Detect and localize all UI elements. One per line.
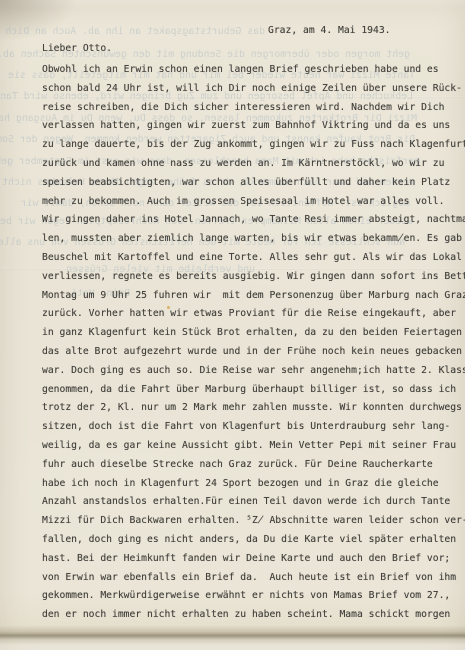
- letter-line: Mizzi für Dich Backwaren erhalten. ⁵Z̸ A…: [42, 512, 465, 531]
- letter-line: Anzahl anstandslos erhalten.Für einen Te…: [42, 493, 465, 512]
- letter-line: in ganz Klagenfurt kein Stück Brot erhal…: [42, 324, 465, 343]
- letter-line: zurück und kamen ohne nass zu werden an.…: [42, 155, 465, 174]
- letter-line: Obwohl ich an Erwin schon einen langen B…: [42, 61, 465, 80]
- letter-line: war. Doch ging es auch so. Die Reise war…: [42, 362, 465, 381]
- letter-line: Wir gingen daher ins Hotel Jannach, wo T…: [42, 211, 465, 230]
- letter-line: Montag um 9 Uhr 25 fuhren wir mit dem Pe…: [42, 287, 465, 306]
- letter-line: schon bald 24 Uhr ist, will ich Dir noch…: [42, 80, 465, 99]
- letter-line: von Erwin war ebenfalls ein Brief da. Au…: [42, 569, 465, 588]
- letter-line: das alte Brot aufgezehrt wurde und in de…: [42, 343, 465, 362]
- letter-line: weilig, da es gar keine Aussicht gibt. M…: [42, 437, 465, 456]
- letter-line: habe ich noch in Klagenfurt 24 Sport bez…: [42, 475, 465, 494]
- letter-line: gekommen. Merkwürdigerweise erwähnt er n…: [42, 587, 465, 606]
- letter-line: trotz der 2, Kl. nur um 2 Mark mehr zahl…: [42, 399, 465, 418]
- letter-line: genommen, da die Fahrt über Marburg über…: [42, 381, 465, 400]
- letter-sheet: das Geburtstagspaket an ihn ab. Auch an …: [0, 0, 465, 650]
- letter-line: mehr zu bekommen. Auch im grossen Speise…: [42, 193, 465, 212]
- bleedthrough-line: das Geburtstagspaket an ihn ab. Auch an …: [5, 26, 265, 37]
- letter-line: zu lange dauerte, bis der Zug ankommt, g…: [42, 136, 465, 155]
- letter-line: reise schreiben, die Dich sicher interes…: [42, 99, 465, 118]
- letter-line: Beuschel mit Kartoffel und eine Torte. A…: [42, 249, 465, 268]
- letter-line: zurück. Vorher hatten wir etwas Proviant…: [42, 305, 465, 324]
- letter-line: fallen, doch ging es nicht anders, da Du…: [42, 531, 465, 550]
- letter-line: speisen beabsichtigten, war schon alles …: [42, 174, 465, 193]
- salutation: Lieber Otto.: [42, 43, 112, 54]
- letter-body: Obwohl ich an Erwin schon einen langen B…: [42, 61, 465, 625]
- letter-line: verlassen hatten, gingen wir zuerst zum …: [42, 117, 465, 136]
- letter-line: sitzen, doch ist die Fahrt von Klagenfur…: [42, 418, 465, 437]
- letter-line: verliessen, regnete es bereits ausgiebig…: [42, 268, 465, 287]
- dateline: Graz, am 4. Mai 1943.: [268, 25, 390, 36]
- letter-line: den er noch immer nicht erhalten zu habe…: [42, 606, 465, 625]
- letter-line: hast. Bei der Heimkunft fanden wir Deine…: [42, 550, 465, 569]
- letter-line: fuhr auch dieselbe Strecke nach Graz zur…: [42, 456, 465, 475]
- letter-line: len, mussten aber ziemlich lange warten,…: [42, 230, 465, 249]
